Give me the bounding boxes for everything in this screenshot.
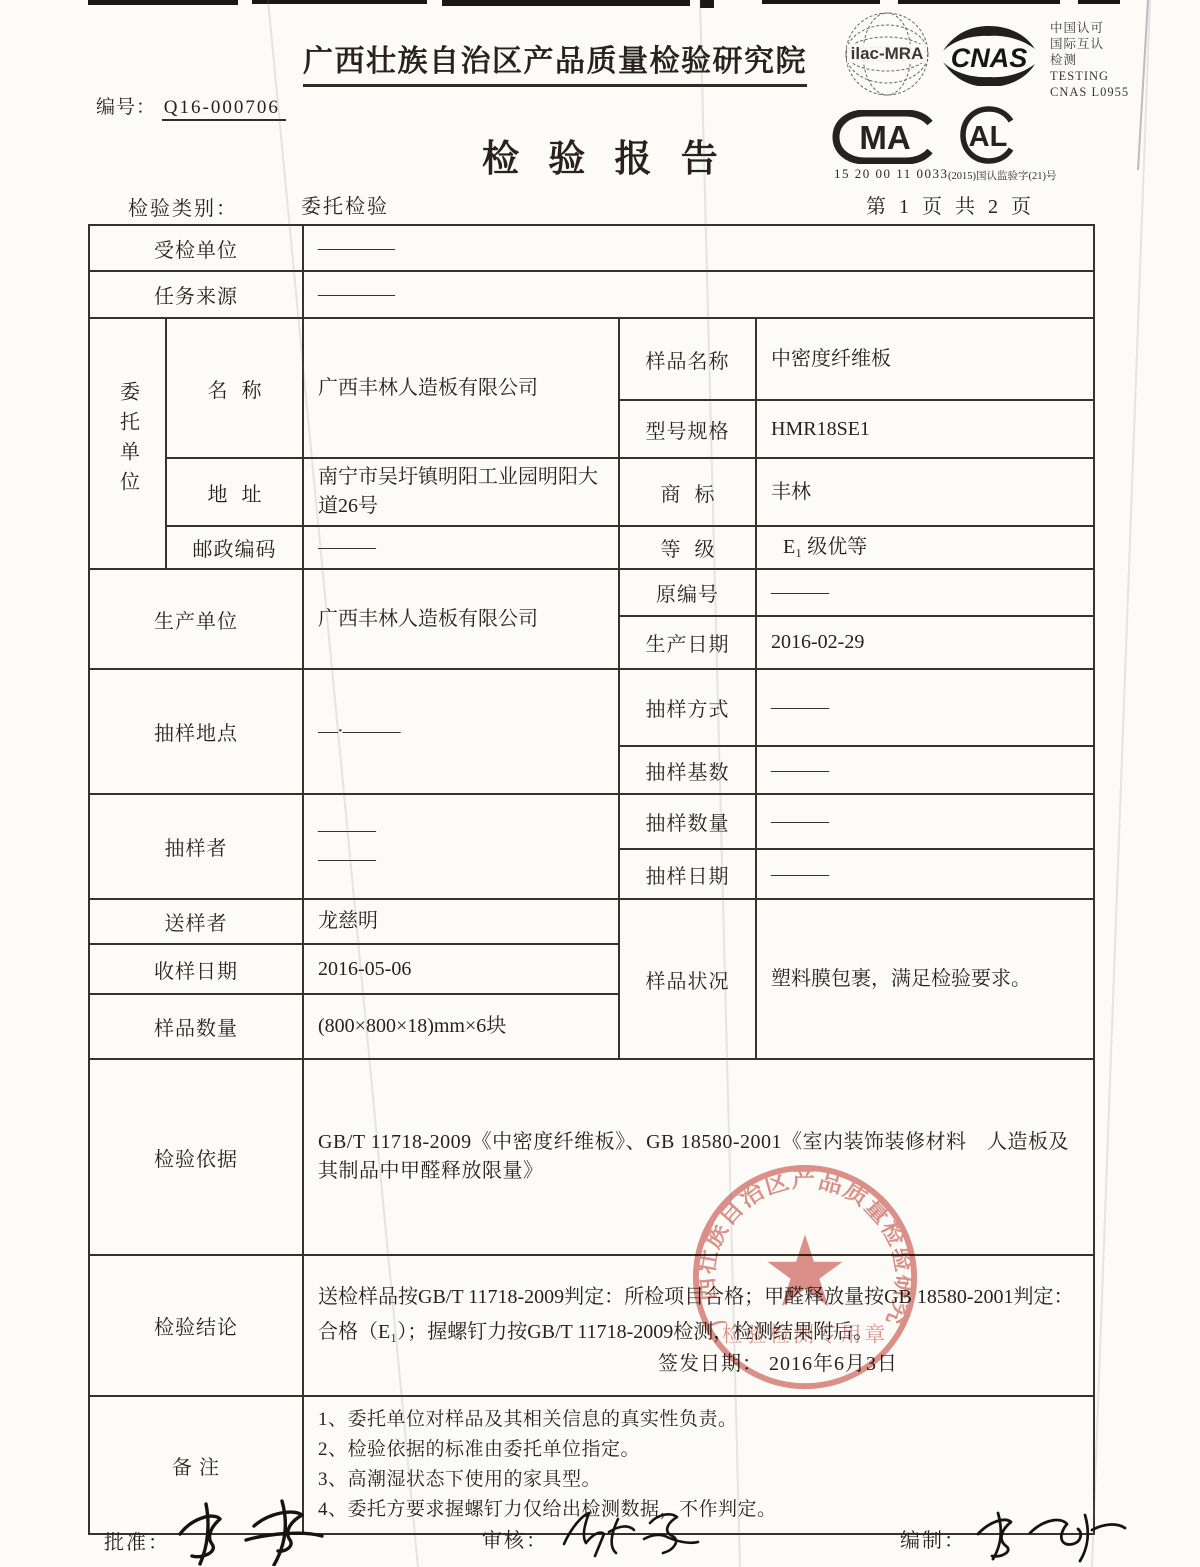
field-value-sampling-qty: ———	[756, 794, 1094, 849]
review-signature	[552, 1502, 724, 1564]
field-label-sampling-method: 抽样方式	[619, 669, 756, 746]
field-value-sample-condition: 塑料膜包裹，满足检验要求。	[756, 899, 1094, 1059]
field-label-sampling-qty: 抽样数量	[619, 794, 756, 849]
field-value-trademark: 丰林	[756, 458, 1094, 526]
ilac-mra-label: ilac-MRA	[851, 44, 924, 63]
field-label-client-address: 地址	[166, 458, 303, 526]
field-label-trademark: 商标	[619, 458, 756, 526]
field-value-producer: 广西丰林人造板有限公司	[303, 569, 619, 669]
field-label-sampler: 抽样者	[89, 794, 303, 899]
report-number: 编号： Q16-000706	[96, 92, 286, 119]
field-value-basis: GB/T 11718-2009《中密度纤维板》、GB 18580-2001《室内…	[303, 1059, 1094, 1255]
field-value-sampling-date: ———	[756, 849, 1094, 899]
field-label-original-no: 原编号	[619, 569, 756, 616]
field-value-sampler: ——— ———	[303, 794, 619, 899]
field-value-sampling-base: ———	[756, 746, 1094, 794]
accreditation-line: TESTING	[1050, 68, 1129, 84]
field-label-task-source: 任务来源	[89, 271, 303, 318]
sign-date-label: 签发日期：	[658, 1353, 763, 1375]
field-value-sample-sender: 龙慈明	[303, 899, 619, 944]
field-label-producer: 生产单位	[89, 569, 303, 669]
field-value-original-no: ———	[756, 569, 1094, 616]
institute-name: 广西壮族自治区产品质量检验研究院	[303, 36, 807, 87]
approve-label: 批准：	[104, 1526, 170, 1555]
field-value-sampling-method: ———	[756, 669, 1094, 746]
al-mark-icon: AL	[958, 106, 1020, 164]
cma-number: 15 20 00 11 0033	[834, 166, 949, 182]
field-value-grade: E₁ 级优等	[756, 526, 1094, 569]
client-group-vertical-label: 委托单位	[117, 381, 139, 501]
field-label-sample-sender: 送样者	[89, 899, 303, 944]
report-number-label: 编号：	[96, 97, 156, 118]
field-value-model-spec: HMR18SE1	[756, 400, 1094, 458]
report-table: 受检单位 ———— 任务来源 ———— 委托单位 名称 广西丰林人造板有限公司 …	[88, 224, 1095, 1535]
field-value-production-date: 2016-02-29	[756, 616, 1094, 669]
field-label-client-name: 名称	[166, 318, 303, 458]
field-label-sample-qty: 样品数量	[89, 994, 303, 1059]
field-label-conclusion: 检验结论	[89, 1255, 303, 1396]
inspection-category-label: 检验类别：	[128, 192, 238, 221]
field-label-client-group: 委托单位	[89, 318, 166, 569]
field-value-sample-name: 中密度纤维板	[756, 318, 1094, 400]
sign-date-value: 2016年6月3日	[769, 1353, 898, 1375]
field-value-sampling-place: —·———	[303, 669, 619, 794]
review-label: 审核：	[482, 1524, 548, 1553]
field-value-receive-date: 2016-05-06	[303, 944, 619, 994]
field-label-receive-date: 收样日期	[89, 944, 303, 994]
prepare-signature	[964, 1506, 1136, 1564]
field-label-model-spec: 型号规格	[619, 400, 756, 458]
cnas-logo-icon: CNAS	[936, 26, 1042, 86]
accreditation-line: 国际互认	[1050, 36, 1129, 52]
accreditation-line: CNAS L0955	[1050, 84, 1129, 100]
accreditation-line: 检测	[1050, 52, 1129, 68]
field-value-conclusion: 送检样品按GB/T 11718-2009判定：所检项目合格；甲醛释放量按GB 1…	[303, 1255, 1094, 1396]
conclusion-text: 送检样品按GB/T 11718-2009判定：所检项目合格；甲醛释放量按GB 1…	[318, 1280, 1077, 1350]
al-number: (2015)国认监验字(21)号	[948, 168, 1057, 183]
field-label-grade: 等级	[619, 526, 756, 569]
inspection-category-value: 委托检验	[301, 190, 389, 219]
al-label: AL	[969, 121, 1008, 153]
signature-row: 批准： 审核： 编制：	[0, 1502, 1200, 1567]
remark-item: 3、高潮湿状态下使用的家具型。	[318, 1465, 1083, 1495]
cma-mark-icon: MA	[832, 110, 946, 164]
sampler-dash-bottom: ———	[318, 845, 618, 874]
sign-date: 签发日期： 2016年6月3日	[658, 1350, 1077, 1379]
remark-item: 1、委托单位对样品及其相关信息的真实性负责。	[318, 1405, 1083, 1435]
field-label-sample-name: 样品名称	[619, 318, 756, 400]
field-value-client-postcode: ———	[303, 526, 619, 569]
remark-item: 2、检验依据的标准由委托单位指定。	[318, 1435, 1083, 1465]
accreditation-line: 中国认可	[1050, 20, 1129, 36]
field-value-sample-qty: (800×800×18)mm×6块	[303, 994, 619, 1059]
cnas-label: CNAS	[951, 43, 1028, 73]
sampler-dash-top: ———	[318, 816, 618, 845]
field-label-inspected-unit: 受检单位	[89, 225, 303, 271]
report-title: 检 验 报 告	[482, 128, 728, 182]
field-value-client-name: 广西丰林人造板有限公司	[303, 318, 619, 458]
cma-label: MA	[859, 119, 910, 156]
report-number-value: Q16-000706	[162, 97, 286, 121]
field-value-task-source: ————	[303, 271, 1094, 318]
field-value-client-address: 南宁市吴圩镇明阳工业园明阳大道26号	[303, 458, 619, 526]
field-value-inspected-unit: ————	[303, 225, 1094, 271]
field-label-production-date: 生产日期	[619, 616, 756, 669]
field-label-client-postcode: 邮政编码	[166, 526, 303, 569]
page-indicator: 第 1 页 共 2 页	[866, 190, 1035, 219]
field-label-sample-condition: 样品状况	[619, 899, 756, 1059]
field-label-sampling-base: 抽样基数	[619, 746, 756, 794]
inspection-report-page: 广西壮族自治区产品质量检验研究院 编号： Q16-000706 检 验 报 告 …	[0, 0, 1200, 1567]
field-label-sampling-place: 抽样地点	[89, 669, 303, 794]
approve-signature	[162, 1496, 352, 1566]
accreditation-text: 中国认可 国际互认 检测 TESTING CNAS L0955	[1050, 20, 1129, 100]
prepare-label: 编制：	[900, 1524, 966, 1553]
ilac-mra-logo-icon: ilac-MRA	[843, 10, 931, 98]
field-label-sampling-date: 抽样日期	[619, 849, 756, 899]
field-label-basis: 检验依据	[89, 1059, 303, 1255]
